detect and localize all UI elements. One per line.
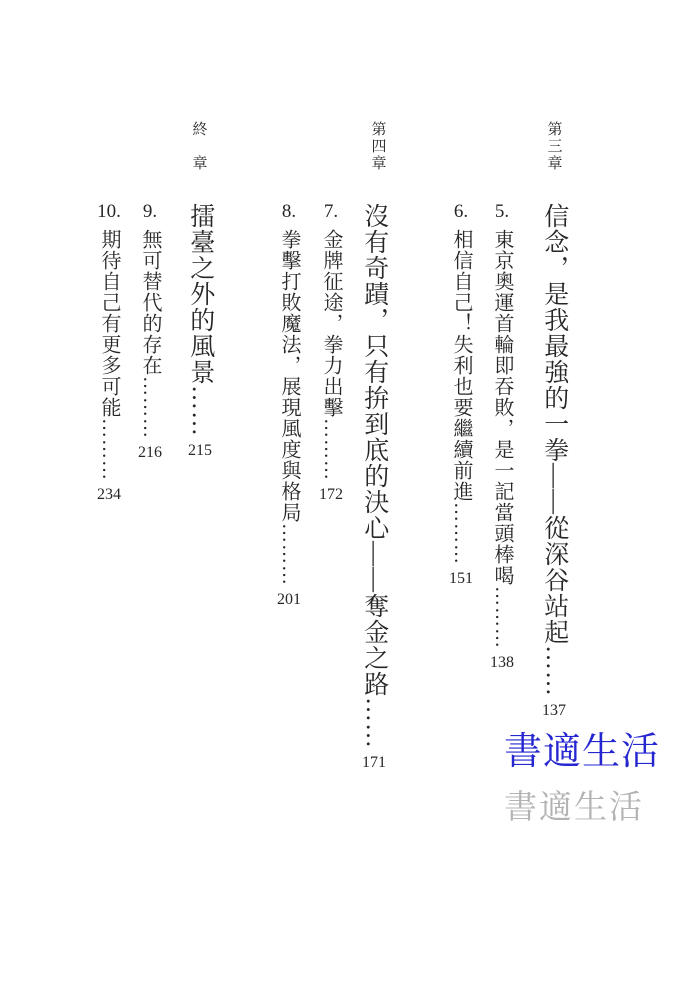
item-number: 10. <box>97 201 121 223</box>
item-text: 拳擊打敗魔法，展現風度與格局……… <box>278 229 300 586</box>
toc-item-8: 8. 拳擊打敗魔法，展現風度與格局……… 201 <box>277 201 301 609</box>
item-number: 9. <box>143 201 157 223</box>
item-number: 5. <box>495 201 509 223</box>
toc-item-7: 7. 金牌征途，拳力出擊……… 172 <box>319 201 343 504</box>
final-chapter-title: 擂臺之外的風景…… <box>186 203 214 437</box>
page-number: 171 <box>362 754 386 772</box>
chapter-4-title-column: 沒有奇蹟，只有拚到底的決心——奪金之路…… 171 <box>360 203 388 772</box>
page-number: 201 <box>277 591 301 609</box>
page-number: 151 <box>449 570 473 588</box>
item-number: 6. <box>454 201 468 223</box>
item-number: 7. <box>324 201 338 223</box>
toc-item-6: 6. 相信自己！失利也要繼續前進……… 151 <box>449 201 473 588</box>
page-number: 138 <box>490 654 514 672</box>
watermark-primary: 書適生活 <box>504 733 660 771</box>
chapter-3-title: 信念，是我最強的一拳——從深谷站起…… <box>540 203 568 697</box>
chapter-3-title-column: 信念，是我最強的一拳——從深谷站起…… 137 <box>540 203 568 720</box>
page-number: 216 <box>138 444 162 462</box>
chapter-3-label: 第三章 <box>544 121 565 172</box>
page-number: 234 <box>97 486 121 504</box>
final-chapter-label: 終 章 <box>189 121 210 172</box>
page-number: 172 <box>319 486 343 504</box>
page-number: 137 <box>542 702 566 720</box>
item-text: 金牌征途，拳力出擊……… <box>320 229 342 481</box>
item-text: 東京奧運首輪即吞敗，是一記當頭棒喝……… <box>491 229 513 649</box>
chapter-4-label: 第四章 <box>368 121 389 172</box>
page-number: 215 <box>188 442 212 460</box>
toc-item-9: 9. 無可替代的存在……… 216 <box>138 201 162 462</box>
item-text: 相信自己！失利也要繼續前進……… <box>450 229 472 565</box>
item-number: 8. <box>282 201 296 223</box>
toc-item-5: 5. 東京奧運首輪即吞敗，是一記當頭棒喝……… 138 <box>490 201 514 672</box>
final-chapter-title-column: 擂臺之外的風景…… 215 <box>186 203 214 460</box>
chapter-4-title: 沒有奇蹟，只有拚到底的決心——奪金之路…… <box>360 203 388 749</box>
toc-item-10: 10. 期待自己有更多可能……… 234 <box>97 201 121 504</box>
item-text: 無可替代的存在……… <box>139 229 161 439</box>
watermark-secondary: 書適生活 <box>504 792 644 825</box>
book-toc-page: 第三章 信念，是我最強的一拳——從深谷站起…… 137 5. 東京奧運首輪即吞敗… <box>0 0 693 986</box>
item-text: 期待自己有更多可能……… <box>98 229 120 481</box>
